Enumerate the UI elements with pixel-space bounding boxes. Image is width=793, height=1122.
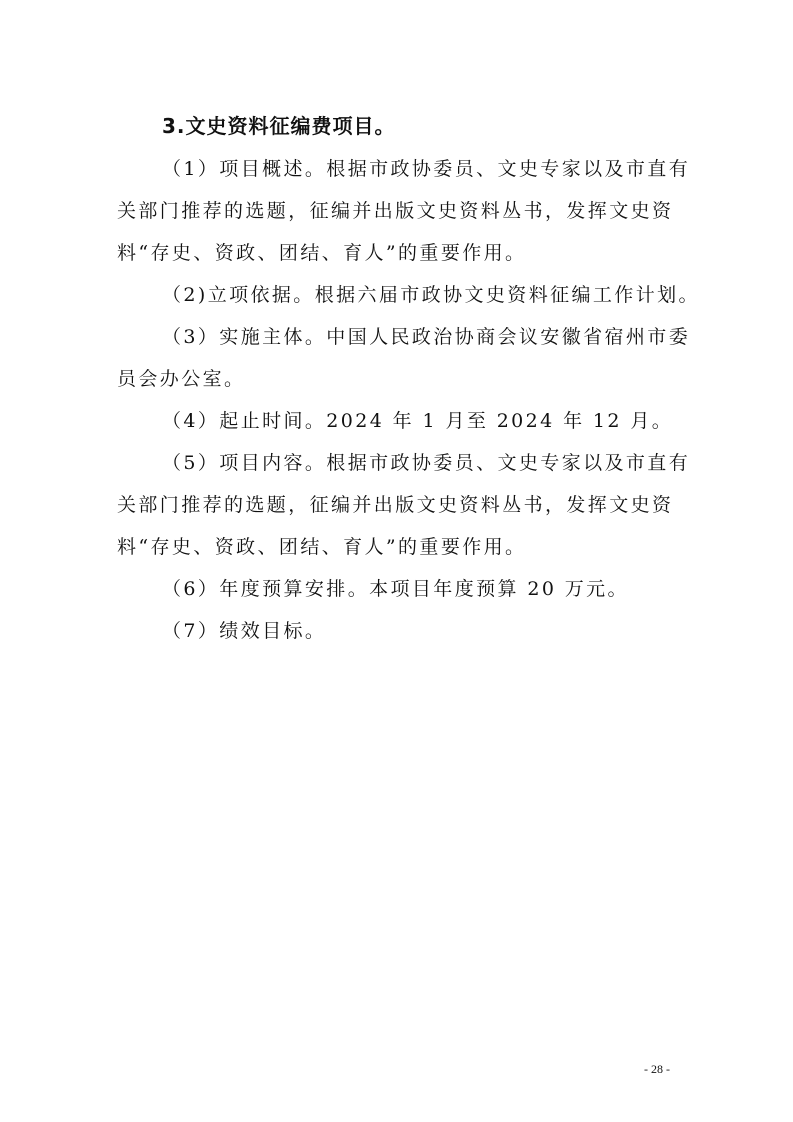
paragraph-4-line-1: （4）起止时间。2024 年 1 月至 2024 年 12 月。 xyxy=(162,406,673,433)
paragraph-1-line-2: 关部门推荐的选题，征编并出版文史资料丛书，发挥文史资 xyxy=(117,196,673,223)
paragraph-1-line-1: （1）项目概述。根据市政协委员、文史专家以及市直有 xyxy=(162,154,690,181)
paragraph-6-line-1: （6）年度预算安排。本项目年度预算 20 万元。 xyxy=(162,574,629,601)
section-heading: 3.文史资料征编费项目。 xyxy=(162,110,396,139)
paragraph-2-line-1: （2)立项依据。根据六届市政协文史资料征编工作计划。 xyxy=(162,280,700,307)
page-number: - 28 - xyxy=(644,1062,670,1077)
document-page: 3.文史资料征编费项目。 （1）项目概述。根据市政协委员、文史专家以及市直有 关… xyxy=(0,0,793,1122)
paragraph-1-line-3: 料“存史、资政、团结、育人”的重要作用。 xyxy=(117,238,526,265)
paragraph-5-line-3: 料“存史、资政、团结、育人”的重要作用。 xyxy=(117,532,526,559)
paragraph-5-line-1: （5）项目内容。根据市政协委员、文史专家以及市直有 xyxy=(162,448,690,475)
paragraph-3-line-1: （3）实施主体。中国人民政治协商会议安徽省宿州市委 xyxy=(162,322,690,349)
paragraph-3-line-2: 员会办公室。 xyxy=(117,364,245,391)
paragraph-7-line-1: （7）绩效目标。 xyxy=(162,616,326,643)
paragraph-5-line-2: 关部门推荐的选题，征编并出版文史资料丛书，发挥文史资 xyxy=(117,490,673,517)
